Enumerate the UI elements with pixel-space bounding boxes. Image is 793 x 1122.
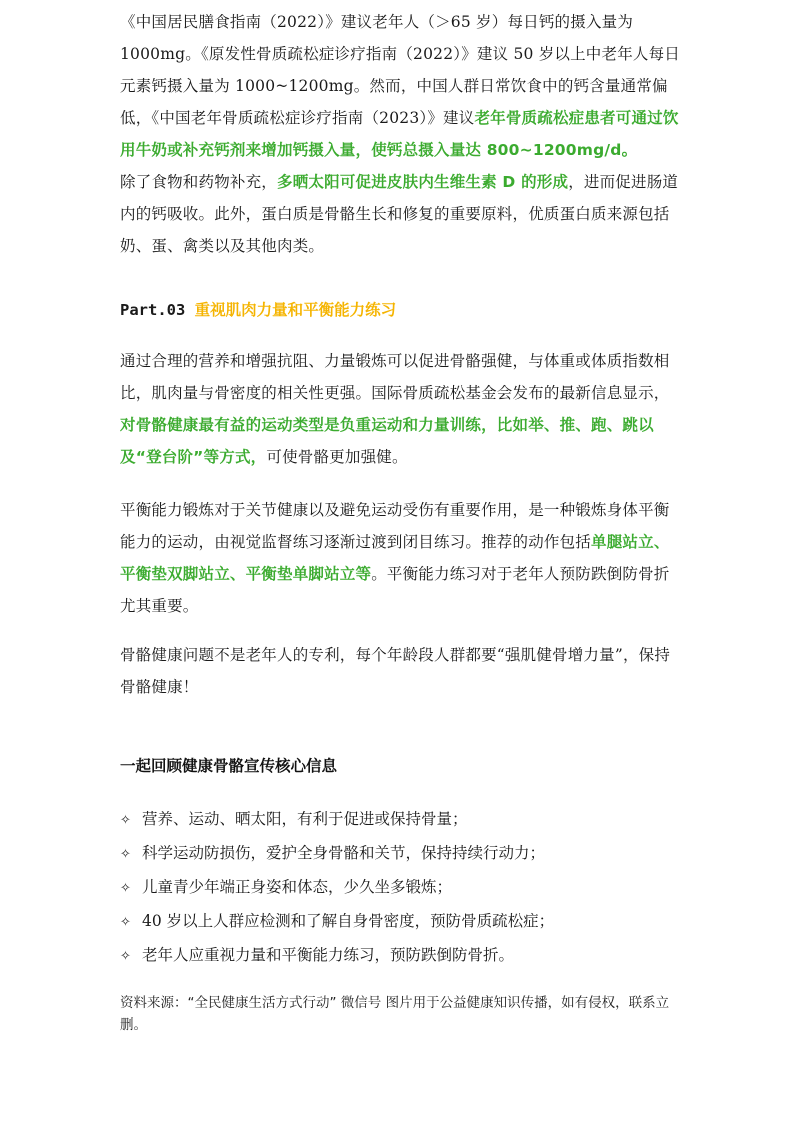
list-item: ✧儿童青少年端正身姿和体态，少久坐多锻炼； (120, 871, 680, 905)
paragraph-text: 通过合理的营养和增强抗阻、力量锻炼可以促进骨骼强健，与体重或体质指数相比，肌肉量… (120, 352, 670, 402)
list-item: ✧科学运动防损伤，爱护全身骨骼和关节，保持持续行动力； (120, 837, 680, 871)
paragraph-sunlight: 除了食物和药物补充，多晒太阳可促进皮肤内生维生素 D 的形成，进而促进肠道内的钙… (120, 166, 680, 262)
source-note: 资料来源：“全民健康生活方式行动” 微信号 图片用于公益健康知识传播，如有侵权，… (120, 992, 680, 1036)
paragraph-balance-training: 平衡能力锻炼对于关节健康以及避免运动受伤有重要作用，是一种锻炼身体平衡能力的运动… (120, 494, 680, 622)
diamond-bullet-icon: ✧ (120, 805, 142, 837)
part-label: Part.03 (120, 301, 195, 319)
section-title: 重视肌肉力量和平衡能力练习 (195, 301, 397, 319)
paragraph-calcium-intake: 《中国居民膳食指南（2022）》建议老年人（＞65 岁）每日钙的摄入量为 100… (120, 6, 680, 166)
highlight-text: 多晒太阳可促进皮肤内生维生素 D 的形成 (277, 173, 568, 191)
paragraph-text: 可使骨骼更加强健。 (266, 448, 407, 466)
list-item: ✧营养、运动、晒太阳，有利于促进或保持骨量； (120, 803, 680, 837)
paragraph-text: 平衡能力锻炼对于关节健康以及避免运动受伤有重要作用，是一种锻炼身体平衡能力的运动… (120, 501, 670, 551)
paragraph-strength-training: 通过合理的营养和增强抗阻、力量锻炼可以促进骨骼强健，与体重或体质指数相比，肌肉量… (120, 345, 680, 473)
paragraph-conclusion: 骨骼健康问题不是老年人的专利，每个年龄段人群都要“强肌健骨增力量”，保持骨骼健康… (120, 639, 680, 703)
section-heading-part3: Part.03 重视肌肉力量和平衡能力练习 (120, 294, 396, 326)
summary-list: ✧营养、运动、晒太阳，有利于促进或保持骨量； ✧科学运动防损伤，爱护全身骨骼和关… (120, 803, 680, 973)
diamond-bullet-icon: ✧ (120, 907, 142, 939)
diamond-bullet-icon: ✧ (120, 839, 142, 871)
summary-title: 一起回顾健康骨骼宣传核心信息 (120, 750, 337, 782)
list-item: ✧老年人应重视力量和平衡能力练习，预防跌倒防骨折。 (120, 939, 680, 973)
list-item: ✧40 岁以上人群应检测和了解自身骨密度，预防骨质疏松症； (120, 905, 680, 939)
paragraph-text: 除了食物和药物补充， (120, 173, 277, 191)
diamond-bullet-icon: ✧ (120, 873, 142, 905)
diamond-bullet-icon: ✧ (120, 941, 142, 973)
